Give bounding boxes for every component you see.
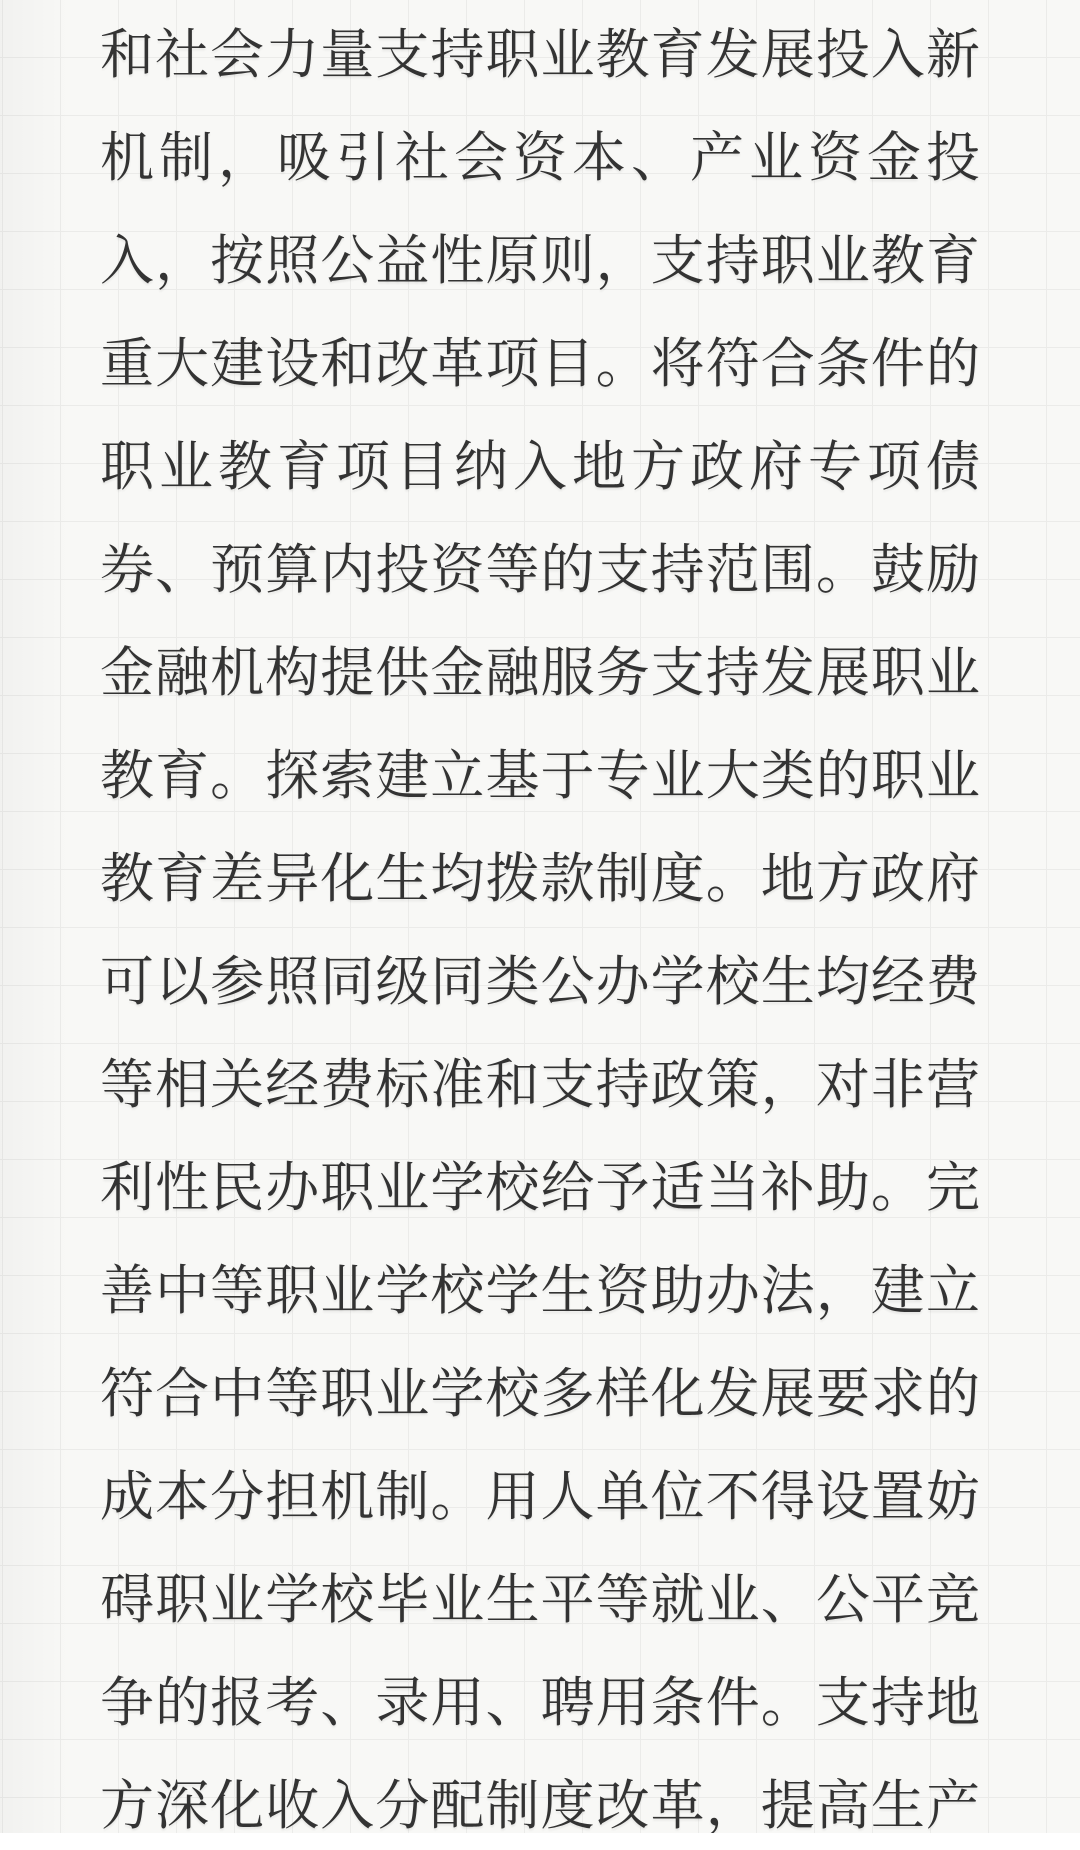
text-line: 碍职业学校毕业生平等就业、公平竞 bbox=[100, 1548, 980, 1651]
text-line: 争的报考、录用、聘用条件。支持地 bbox=[100, 1651, 980, 1754]
text-line: 可以参照同级同类公办学校生均经费 bbox=[100, 930, 980, 1033]
text-line: 利性民办职业学校给予适当补助。完 bbox=[100, 1136, 980, 1239]
text-line: 教育。探索建立基于专业大类的职业 bbox=[100, 724, 980, 827]
text-line: 等相关经费标准和支持政策，对非营 bbox=[100, 1033, 980, 1136]
text-line: 入，按照公益性原则，支持职业教育 bbox=[100, 209, 980, 312]
text-line: 职业教育项目纳入地方政府专项债 bbox=[100, 415, 980, 518]
text-line: 金融机构提供金融服务支持发展职业 bbox=[100, 621, 980, 724]
text-line: 机制，吸引社会资本、产业资金投 bbox=[100, 106, 980, 209]
bottom-edge-strip bbox=[0, 1833, 1080, 1850]
text-line: 和社会力量支持职业教育发展投入新 bbox=[100, 3, 980, 106]
text-line: 教育差异化生均拨款制度。地方政府 bbox=[100, 827, 980, 930]
text-line: 券、预算内投资等的支持范围。鼓励 bbox=[100, 518, 980, 621]
text-line: 善中等职业学校学生资助办法，建立 bbox=[100, 1239, 980, 1342]
article-text: 和社会力量支持职业教育发展投入新 机制，吸引社会资本、产业资金投 入，按照公益性… bbox=[0, 3, 1080, 1850]
text-line: 符合中等职业学校多样化发展要求的 bbox=[100, 1342, 980, 1445]
text-line: 成本分担机制。用人单位不得设置妨 bbox=[100, 1445, 980, 1548]
reader-page[interactable]: 和社会力量支持职业教育发展投入新 机制，吸引社会资本、产业资金投 入，按照公益性… bbox=[0, 0, 1080, 1850]
text-line: 重大建设和改革项目。将符合条件的 bbox=[100, 312, 980, 415]
